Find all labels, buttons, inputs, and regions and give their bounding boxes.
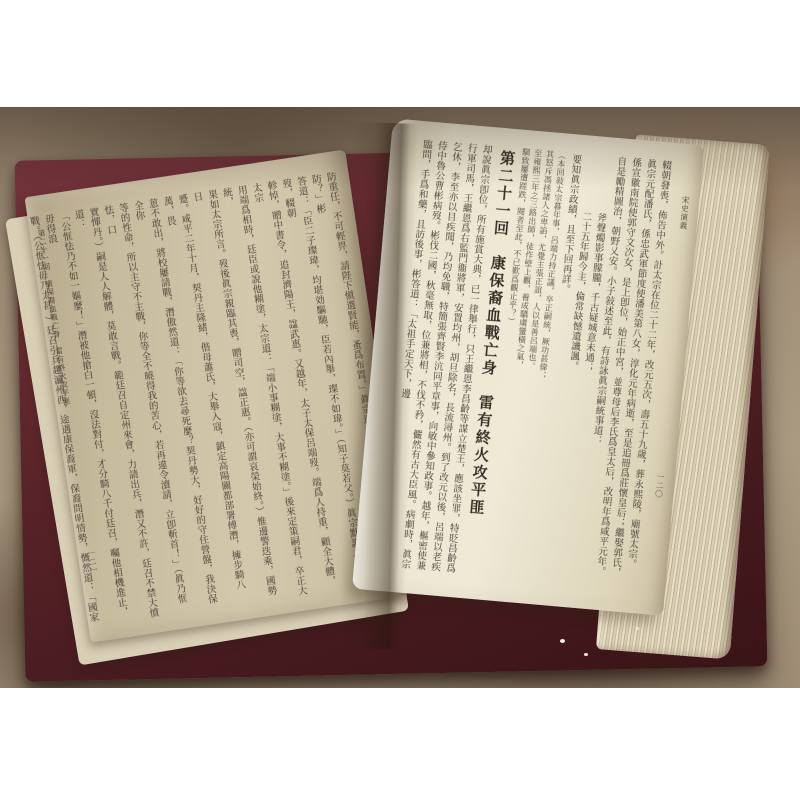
text-column: 正爲今日，我輩荷國厚恩，敢不効死！」遂與廷召約定，詰朝合力夾攻。（暗伏下文。）哪…: [25, 220, 72, 636]
text-column: 自是勵精圖治，朝野乂安。小子敍述至此，有詩詠眞宗嗣統事道：: [574, 156, 627, 598]
gutter-shadow: [339, 122, 427, 650]
under-pages-left: [5, 165, 409, 666]
text-column: 馴致屢遭蹉跌，閱者至此，不已歎爲觀止乎？）: [482, 147, 532, 588]
table-speck: [560, 639, 565, 643]
text-column: 防重任，不可輕畀，請陛下愼選賢能，蚤爲布置。」眞宗道：「朕正欲諮卿，由此後何人足…: [306, 171, 397, 587]
text-column: 用端爲相時，廷臣或說他糊塗，太宗道：「端小事糊塗，大事不糊塗。」後來定策嗣君，卒…: [217, 184, 308, 600]
book-cover: [15, 145, 768, 681]
text-column: 臨問，手爲和藥，且訪後事，彬答道：「太祖手定天下，邊: [380, 139, 433, 581]
text-column: 「公恇怯乃不如一嫗麼！」潛被他搶白一頓，沒法對付，才分騎八千付廷召，囑他相機進止…: [39, 211, 130, 627]
left-page-margin-chapter-title: 第二十一回 康保裔血戰亡身 雷有終火攻平匪: [35, 229, 72, 407]
text-column: 要知眞宗政績，且至下回再詳。: [529, 152, 582, 594]
text-column: 二十五年歸今主，倫常缺憾遺譏諷。: [544, 153, 597, 595]
table-speck: [636, 627, 639, 630]
book-photo: 防重任，不可輕畀，請陛下愼選賢能，蚤爲布置。」眞宗道：「朕正欲諮卿，由此後何人足…: [0, 107, 800, 688]
text-column: 蹙。咸平二年十月，契丹主隆緒，偕母蕭氏，大舉入寇，鎮定高陽關都部署傅潛，擁步騎八…: [158, 193, 249, 609]
right-page-number: 一二〇: [653, 472, 666, 498]
text-column: 眞宗元配潘氏，係忠武軍節度使潘美第八女，淳化元年病逝，至是追冊爲莊懷皇后；繼娶郭…: [604, 158, 657, 600]
right-page-text: 輟朝發喪，佈告中外。計太宗在位二十二年，改元五次，壽五十九歲，葬永熙陵，廟號太宗…: [361, 137, 672, 601]
text-column: 第二十一回 康保裔血戰亡身 雷有終火攻平匪: [455, 145, 520, 588]
table-speck: [584, 653, 588, 656]
left-page-text: 防重任，不可輕畀，請陛下愼選賢能，蚤爲布置。」眞宗道：「朕正欲諮卿，由此後何人足…: [61, 171, 397, 624]
left-page-number: 一二一: [85, 549, 100, 576]
text-column: 侍中魯公曹彬病歿。彬伐二國，秋毫無取，位兼將相，不伐不矜，儼然有古大臣風。病劇時…: [395, 140, 448, 582]
text-column: 候，廷召竟悄悄的拔營先行，自去截擊遼兵。契丹兵八九萬，把保裔軍團團圍住，部下請易…: [25, 224, 42, 640]
left-page: 防重任，不可輕畀，請陛下愼選賢能，蚤爲布置。」眞宗道：「朕正欲諮卿，由此後何人足…: [25, 150, 412, 643]
text-column: 斧聲燭影事朦朧，千古疑城意未通；: [559, 154, 612, 596]
text-column: 輟朝發喪，佈告中外。計太宗在位二十二年，改元五次，壽五十九歲，葬永熙陵，廟號太宗…: [619, 160, 672, 602]
text-column: （本回敍太宗暮年事，呂端力持正議，卒正嗣統，厥功甚偉；: [517, 151, 567, 592]
photo-frame: 防重任，不可輕畀，請陛下愼選賢能，蚤爲布置。」眞宗道：「朕正欲諮卿，由此後何人足…: [0, 0, 800, 800]
text-column: 其怒斥馮拯諸人之卑諂，尤覺主張正誼，人以是善呂端也。: [505, 150, 555, 591]
right-page-running-head: 宋史演義: [678, 196, 692, 231]
text-column: 却說眞宗卽位，所有施賞大典，已一律舉行，只王繼恩李昌齡等謀立楚王，應該坐罪，特貶…: [440, 144, 493, 586]
text-column: 行軍司馬，王繼恩爲右監門衞將軍，安置均州，胡旦除名，長流潯州。到了改元以後，呂端…: [425, 143, 478, 585]
text-column: 果如太宗所言。歿後眞宗親臨其喪，贈司空，諡正惠。（亦可謂哀榮始終。）惟邊警迭乘，…: [188, 189, 279, 605]
page-edges-stack: [596, 135, 770, 660]
text-column: 答道：「臣二子璨瑋，均堪効驅馳，臣若內舉，璨不如瑋。」（知子莫若父。）眞宗默識之…: [277, 176, 368, 592]
text-column: 至雍熙三年之三路出師，徒作壁上觀，養成驕虜蠻橫之氣，: [494, 149, 544, 590]
text-column: 實憚丹。）嗣是人人解體，莫敢言戰。範廷召自定州來會，力請出兵，潛又不許，廷召不禁…: [69, 207, 160, 623]
right-page: 輟朝發喪，佈告中外。計太宗在位二十二年，改元五次，壽五十九歲，葬永熙陵，廟號太宗…: [352, 118, 704, 615]
text-column: 戰。（公恇怯毋乃太甚。）廷召引兵趨瀛州西，途遇康保裔軍，保裔問明情勢，慨然道：「…: [25, 215, 101, 631]
text-column: 乞休，李至亦以目疾聞，乃均免職，特簡張齊賢李沆同平章事，向敏中參知政事。越年，樞…: [410, 141, 463, 583]
text-column: 葸不敢出，將校屢請戰，潛傲然道：「你等欲去尋死麼？契丹勢大，好好的守住營盤，我決…: [128, 198, 219, 614]
text-column: 等的性命，所以主守不主戰，你等全不曉得我的苦心，若再違令瀆請，立卽斬首！」（眞乃…: [99, 202, 190, 618]
text-column: 係宣徽南院使郭守文次女，是上卽位，始正中宮，並尊母后李氏爲皇太后，改明年爲咸平元…: [589, 157, 642, 599]
text-column: 軫悼，贈中書令，追封濟陽王，諡武惠。又越年，太子太保呂端歿。端爲人持重，顧全大體…: [247, 180, 338, 596]
